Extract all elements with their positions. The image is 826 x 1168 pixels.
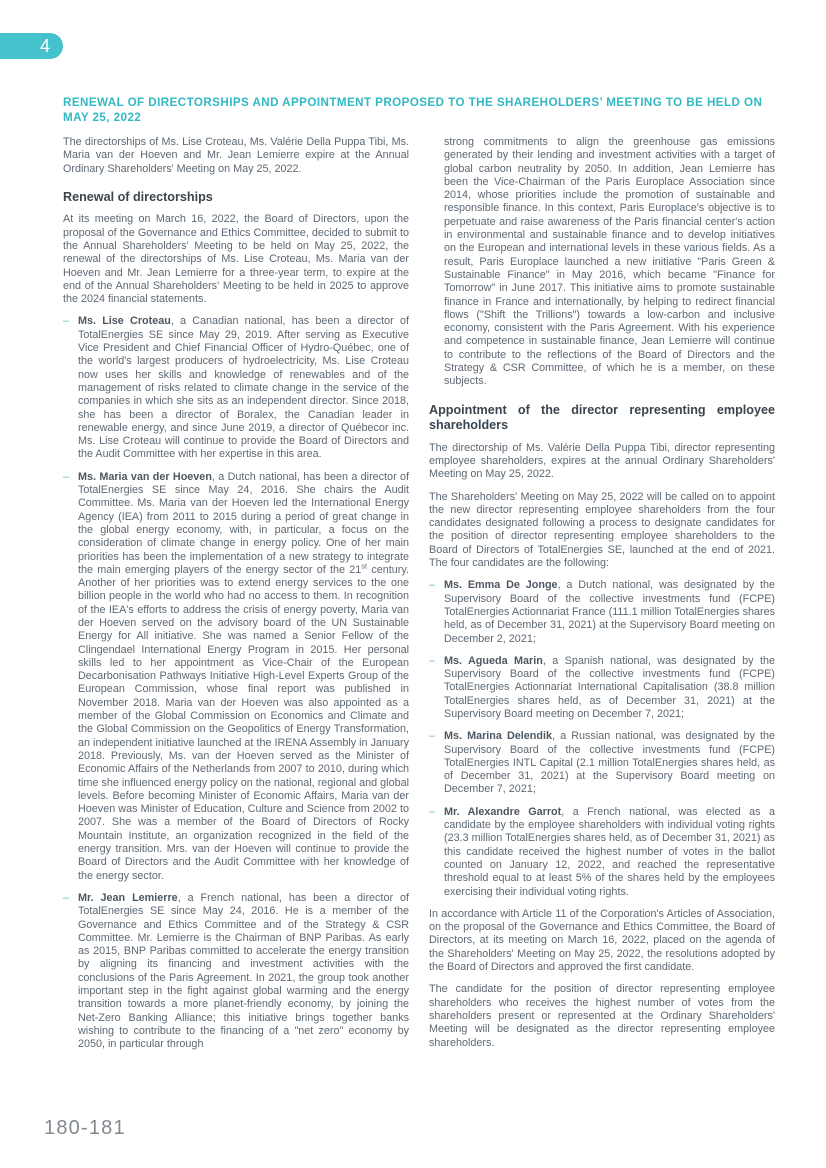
renewal-paragraph: At its meeting on March 16, 2022, the Bo… xyxy=(63,213,409,306)
person-name: Ms. Maria van der Hoeven xyxy=(78,471,212,483)
list-item-marina-delendik: – Ms. Marina Delendik, a Russian nationa… xyxy=(429,730,775,796)
bullet-dash: – xyxy=(429,655,435,668)
bullet-dash: – xyxy=(429,579,435,592)
page-content: RENEWAL OF DIRECTORSHIPS AND APPOINTMENT… xyxy=(63,95,775,1061)
footer-page-numbers: 180-181 xyxy=(44,1117,126,1140)
list-item-jean-lemierre: – Mr. Jean Lemierre, a French national, … xyxy=(63,892,409,1052)
appointment-paragraph-4: The candidate for the position of direct… xyxy=(429,983,775,1049)
person-name: Ms. Marina Delendik xyxy=(444,730,552,742)
page-title: RENEWAL OF DIRECTORSHIPS AND APPOINTMENT… xyxy=(63,95,775,125)
bullet-dash: – xyxy=(429,806,435,819)
chapter-number: 4 xyxy=(40,36,50,57)
right-column: strong commitments to align the greenhou… xyxy=(429,136,775,1061)
list-item-agueda-marin: – Ms. Agueda Marin, a Spanish national, … xyxy=(429,655,775,721)
person-name: Ms. Lise Croteau xyxy=(78,315,171,327)
bullet-dash: – xyxy=(63,315,69,328)
person-name: Ms. Emma De Jonge xyxy=(444,579,558,591)
chapter-number-badge: 4 xyxy=(0,33,63,59)
person-bio: , a French national, has been a director… xyxy=(78,892,409,1050)
list-item-alexandre-garrot: – Mr. Alexandre Garrot, a French nationa… xyxy=(429,806,775,899)
bullet-dash: – xyxy=(63,471,69,484)
lemierre-bio-continuation: strong commitments to align the greenhou… xyxy=(429,136,775,389)
section-heading-appointment: Appointment of the director representing… xyxy=(429,403,775,434)
person-bio-part-b: century. Another of her priorities was t… xyxy=(78,564,409,882)
candidate-description: , a French national, was elected as a ca… xyxy=(444,806,775,898)
appointment-paragraph-1: The directorship of Ms. Valérie Della Pu… xyxy=(429,442,775,482)
list-item-maria-van-der-hoeven: – Ms. Maria van der Hoeven, a Dutch nati… xyxy=(63,471,409,883)
appointment-paragraph-3: In accordance with Article 11 of the Cor… xyxy=(429,908,775,974)
left-column: The directorships of Ms. Lise Croteau, M… xyxy=(63,136,409,1061)
appointment-paragraph-2: The Shareholders' Meeting on May 25, 202… xyxy=(429,491,775,571)
intro-paragraph: The directorships of Ms. Lise Croteau, M… xyxy=(63,136,409,176)
list-item-emma-de-jonge: – Ms. Emma De Jonge, a Dutch national, w… xyxy=(429,579,775,645)
person-name: Mr. Jean Lemierre xyxy=(78,892,178,904)
two-column-layout: The directorships of Ms. Lise Croteau, M… xyxy=(63,136,775,1061)
person-name: Mr. Alexandre Garrot xyxy=(444,806,561,818)
list-item-lise-croteau: – Ms. Lise Croteau, a Canadian national,… xyxy=(63,315,409,461)
person-name: Ms. Agueda Marin xyxy=(444,655,543,667)
person-bio-part-a: , a Dutch national, has been a director … xyxy=(78,471,409,576)
bullet-dash: – xyxy=(63,892,69,905)
person-bio: , a Canadian national, has been a direct… xyxy=(78,315,409,460)
bullet-dash: – xyxy=(429,730,435,743)
section-heading-renewal: Renewal of directorships xyxy=(63,190,409,206)
